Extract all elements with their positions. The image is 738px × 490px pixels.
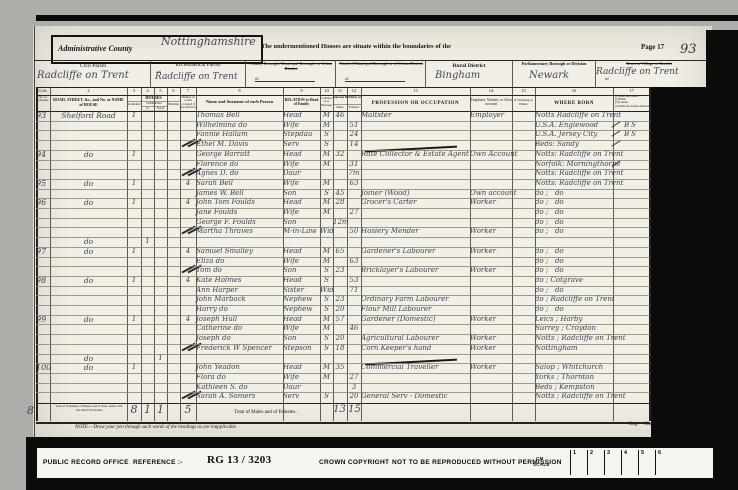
cell-c: S bbox=[320, 130, 333, 138]
cell-n: James W. Bell bbox=[196, 189, 283, 197]
cell-e: Worker bbox=[470, 363, 512, 371]
cell-c: M bbox=[320, 257, 333, 265]
table-row: Ethel M. DavisServS14Beds: Sandy bbox=[33, 140, 650, 150]
cell-n: Florence do bbox=[196, 160, 283, 168]
cell-c: S bbox=[320, 266, 333, 274]
cell-wb: do ; do bbox=[535, 247, 613, 255]
cell-af: 24 bbox=[347, 130, 361, 138]
cell-re: Wife bbox=[283, 160, 320, 168]
col-infirmity: (1) Deaf and Dumb (2) Blind (3) Lunatic … bbox=[613, 95, 652, 109]
grid-line bbox=[36, 363, 650, 364]
cell-i: 1 bbox=[127, 179, 141, 187]
infirmity-line: (4) Imbecile, feeble-minded bbox=[615, 105, 652, 108]
table-row: Martha ThravesM-in-LawWid50Hosiery Mende… bbox=[33, 227, 650, 237]
cell-n: John Yeadon bbox=[196, 363, 283, 371]
cell-wb: Beds: Sandy bbox=[535, 140, 613, 148]
cell-wb: do ; do bbox=[535, 208, 613, 216]
cell-i: 1 bbox=[127, 198, 141, 206]
cell-c: M bbox=[320, 160, 333, 168]
cell-re: Son bbox=[283, 334, 320, 342]
pro-office: PUBLIC RECORD OFFICE bbox=[43, 459, 129, 466]
table-row: 94do1George BarrattHeadM32Rate Collector… bbox=[33, 150, 650, 160]
cell-o: Joiner (Wood) bbox=[361, 189, 470, 197]
cell-c: S bbox=[320, 344, 333, 352]
totals-label: Total of Schedules of Houses and of Tene… bbox=[53, 405, 125, 412]
column-number: 14 bbox=[470, 88, 512, 93]
col-profession: PROFESSION OR OCCUPATION bbox=[361, 101, 470, 107]
admin-county-value: Nottinghamshire bbox=[161, 35, 256, 48]
table-row: Jane FouldsWifeM27do ; do bbox=[33, 208, 650, 218]
cell-o: Gardener (Domestic) bbox=[361, 315, 470, 323]
col-name: Name and Surname of each Person bbox=[196, 99, 283, 104]
grid-line bbox=[36, 383, 650, 384]
grid-line bbox=[180, 87, 181, 421]
grid-line bbox=[36, 160, 650, 161]
grid-line bbox=[320, 87, 321, 421]
county-borough-label: County Borough, Municipal Borough, or Ur… bbox=[249, 62, 333, 72]
cell-af: 46 bbox=[347, 324, 361, 332]
cell-af: 50 bbox=[347, 227, 361, 235]
table-row: Eliza doWifeM63do ; do bbox=[33, 257, 650, 267]
cell-af: 20 bbox=[347, 392, 361, 400]
col-inhabited: In-habited bbox=[127, 103, 141, 107]
cell-o: Commercial Traveller bbox=[361, 363, 470, 371]
grid-line bbox=[36, 150, 650, 151]
grid-line bbox=[36, 354, 650, 355]
cell-af: 7m bbox=[347, 169, 361, 177]
cell-s: 96 bbox=[36, 198, 50, 207]
cell-re: Head bbox=[283, 247, 320, 255]
grid-line bbox=[36, 227, 650, 228]
margin-schedule-total: 8 bbox=[27, 404, 34, 417]
pro-scale-label-2: SCALE bbox=[533, 462, 550, 467]
cell-am: 46 bbox=[333, 111, 347, 119]
cell-af: 53 bbox=[347, 276, 361, 284]
divider bbox=[150, 60, 151, 87]
table-row: 98do14Kate HolmesHeadS53do ; Cotgrave bbox=[33, 276, 650, 286]
cell-n: Joseph do bbox=[196, 334, 283, 342]
cell-e: Worker bbox=[470, 198, 512, 206]
column-number: 2 bbox=[50, 88, 127, 93]
cm-scale-box: 3 bbox=[604, 450, 622, 475]
cell-n: John Tom Foulds bbox=[196, 198, 283, 206]
cell-n: Catherine do bbox=[196, 324, 283, 332]
grid-line bbox=[36, 276, 650, 277]
cell-re: Serv bbox=[283, 392, 320, 400]
cell-wb: Yorks ; Thornton bbox=[535, 373, 613, 381]
cell-am: 23 bbox=[333, 295, 347, 303]
pro-reference-label: REFERENCE :- bbox=[133, 459, 183, 466]
cell-r: do bbox=[50, 150, 127, 159]
cell-re: Wife bbox=[283, 179, 320, 187]
cell-am: 28 bbox=[333, 198, 347, 206]
cell-wb: Notts: Radcliffe on Trent bbox=[535, 150, 613, 158]
cell-af: 31 bbox=[347, 160, 361, 168]
cell-re: Wife bbox=[283, 257, 320, 265]
column-number: 4 bbox=[141, 88, 154, 93]
grid-line bbox=[36, 169, 650, 170]
cell-am: 45 bbox=[333, 189, 347, 197]
table-row: George F. FouldsSon12mdo ; do bbox=[33, 218, 650, 228]
table-row: do1 bbox=[33, 237, 650, 247]
grid-line bbox=[36, 95, 650, 96]
cell-e: Worker bbox=[470, 266, 512, 274]
cell-re: Wife bbox=[283, 324, 320, 332]
cell-am: 20 bbox=[333, 305, 347, 313]
cell-rm: 4 bbox=[180, 276, 196, 284]
cell-o: Maltster bbox=[361, 111, 470, 119]
cell-s: 100 bbox=[36, 363, 50, 372]
cell-rm: 4 bbox=[180, 315, 196, 323]
cell-n: Jane Foulds bbox=[196, 208, 283, 216]
cell-af: 63 bbox=[347, 257, 361, 265]
grid-line bbox=[283, 87, 284, 421]
cell-c: M bbox=[320, 208, 333, 216]
cell-o: Hosiery Mender bbox=[361, 227, 470, 235]
table-row: Sarah A. SomersServS20General Serv - Dom… bbox=[33, 392, 650, 402]
grid-line bbox=[196, 87, 197, 421]
cell-am: 65 bbox=[333, 247, 347, 255]
grid-line bbox=[361, 87, 362, 421]
grid-line bbox=[36, 266, 650, 267]
grid-line bbox=[36, 403, 650, 404]
cell-am: 20 bbox=[333, 334, 347, 342]
grid-line bbox=[613, 87, 614, 421]
grid-line bbox=[167, 87, 168, 421]
cell-wb: Leics ; Harby bbox=[535, 315, 613, 323]
cell-af: 51 bbox=[347, 121, 361, 129]
divider bbox=[245, 60, 246, 87]
cell-n: Tom do bbox=[196, 266, 283, 274]
cell-af: 63 bbox=[347, 179, 361, 187]
folio-number: 93 bbox=[680, 42, 697, 57]
cell-wb: Norfolk: Morningthorpe bbox=[535, 160, 613, 168]
cell-re: Head bbox=[283, 315, 320, 323]
grid-line bbox=[36, 305, 650, 306]
col-road: ROAD, STREET, &c., and No. or NAME of HO… bbox=[52, 98, 125, 107]
column-number: 16 bbox=[535, 88, 613, 93]
col-where-born: WHERE BORN bbox=[535, 101, 613, 107]
pro-reference-number: RG 13 / 3203 bbox=[207, 454, 271, 466]
table-row: Agnes D. doDaur7mNotts: Radcliffe on Tre… bbox=[33, 169, 650, 179]
cell-i: 1 bbox=[127, 247, 141, 255]
rural-district-label: Rural District bbox=[429, 63, 509, 69]
cell-wb: do ; do bbox=[535, 266, 613, 274]
cell-re: Head bbox=[283, 198, 320, 206]
table-row: Joseph doSonS20Agricultural LabourerWork… bbox=[33, 334, 650, 344]
grid-line bbox=[36, 344, 650, 345]
town-village-value: Radcliffe on Trent bbox=[596, 67, 679, 77]
cell-o: Ordinary Farm Labourer bbox=[361, 295, 470, 303]
eccl-parish-label: Ecclesiastical Parish bbox=[153, 62, 243, 68]
county-borough-of: of bbox=[255, 76, 315, 82]
cell-wb: Notts: Radcliffe on Trent bbox=[535, 179, 613, 187]
cell-wb: do ; do bbox=[535, 305, 613, 313]
grid-line bbox=[36, 392, 650, 393]
cell-c: M bbox=[320, 247, 333, 255]
cell-e: Own account bbox=[470, 189, 512, 197]
cell-re: Head bbox=[283, 150, 320, 158]
grid-line bbox=[36, 373, 650, 374]
table-row: Florence doWifeM31Norfolk: Morningthorpe bbox=[33, 160, 650, 170]
cell-r: do bbox=[50, 363, 127, 372]
table-row: 99do14Joseph HullHeadM57Gardener (Domest… bbox=[33, 315, 650, 325]
divider bbox=[425, 60, 426, 87]
cell-c: S bbox=[320, 305, 333, 313]
cell-uo: 1 bbox=[141, 237, 154, 245]
cell-n: George F. Foulds bbox=[196, 218, 283, 226]
cell-i: 1 bbox=[127, 363, 141, 371]
cell-wb: Beds ; Kempston bbox=[535, 383, 613, 391]
cell-c: Wid bbox=[320, 286, 333, 294]
cell-c: M bbox=[320, 324, 333, 332]
cell-c: M bbox=[320, 121, 333, 129]
cell-n: Samuel Smalley bbox=[196, 247, 283, 255]
grid-line bbox=[154, 87, 155, 421]
cell-i: 1 bbox=[127, 276, 141, 284]
footnote: NOTE.—Draw your pen through such words o… bbox=[75, 425, 237, 430]
parl-borough-label: Parliamentary Borough or Division bbox=[516, 62, 592, 67]
column-number: 7 bbox=[180, 88, 196, 93]
table-row: Harry doNephewS20Flour Mill Labourerdo ;… bbox=[33, 305, 650, 315]
table-row: 95do14Sarah BellWifeM63Notts: Radcliffe … bbox=[33, 179, 650, 189]
cell-rm: 4 bbox=[180, 247, 196, 255]
cell-wb: do ; do bbox=[535, 227, 613, 235]
cell-am: 12m bbox=[333, 218, 347, 226]
cell-c: M bbox=[320, 179, 333, 187]
cell-wb: do ; do bbox=[535, 257, 613, 265]
cell-wb: do ; Radcliffe on Trent bbox=[535, 295, 613, 303]
cell-re: Son bbox=[283, 189, 320, 197]
cell-r: Shelford Road bbox=[50, 111, 127, 120]
total-females: 15 bbox=[347, 404, 362, 415]
cell-re: Serv bbox=[283, 140, 320, 148]
grid-line bbox=[36, 247, 650, 248]
grid-line bbox=[36, 111, 650, 112]
cell-r: do bbox=[50, 354, 127, 363]
cell-n: Sarah A. Somers bbox=[196, 392, 283, 400]
grid-line bbox=[36, 286, 650, 287]
column-number: 15 bbox=[512, 88, 535, 93]
cell-n: Fannie Hallam bbox=[196, 130, 283, 138]
cell-e: Worker bbox=[470, 334, 512, 342]
column-number: 12 bbox=[347, 88, 361, 93]
table-row: 93Shelford Road1Thomas BellHeadM46Maltst… bbox=[33, 111, 650, 121]
table-row: Wilhelmina doWifeM51U.S.A. EnglewoodBS bbox=[33, 121, 650, 131]
table-row: Fannie HallamStepdauS24U.S.A. Jersey Cit… bbox=[33, 130, 650, 140]
grid-line bbox=[535, 87, 536, 421]
table-row: Catherine doWifeM46Surrey ; Croydon bbox=[33, 324, 650, 334]
cell-wb: Notts Radcliffe on Trent bbox=[535, 111, 613, 119]
cell-i: 1 bbox=[127, 111, 141, 119]
cell-wb: U.S.A. Englewood bbox=[535, 121, 613, 129]
cell-wb: U.S.A. Jersey City bbox=[535, 130, 613, 138]
cell-af: 71 bbox=[347, 286, 361, 294]
cell-n: Kathleen S. do bbox=[196, 383, 283, 391]
cell-i: 1 bbox=[127, 150, 141, 158]
cell-af: 14 bbox=[347, 140, 361, 148]
table-row: Tom doSonS23Bricklayer's LabourerWorkerd… bbox=[33, 266, 650, 276]
cell-re: Sister bbox=[283, 286, 320, 294]
grid-line bbox=[470, 87, 471, 421]
cell-n: Eliza do bbox=[196, 257, 283, 265]
cell-re: Stepdau bbox=[283, 130, 320, 138]
cell-e: Worker bbox=[470, 344, 512, 352]
scan-top-bar bbox=[36, 15, 738, 21]
cell-am: 35 bbox=[333, 363, 347, 371]
cell-re: Stepson bbox=[283, 344, 320, 352]
grid-line bbox=[333, 87, 334, 421]
cell-am: 57 bbox=[333, 315, 347, 323]
grid-line bbox=[36, 140, 650, 141]
column-number: 9 bbox=[283, 88, 320, 93]
total-males: 13 bbox=[332, 404, 347, 415]
cell-r: do bbox=[50, 315, 127, 324]
cell-re: Head bbox=[283, 363, 320, 371]
col-males: Males bbox=[333, 106, 347, 109]
cell-i: 1 bbox=[127, 315, 141, 323]
cell-re: Head bbox=[283, 276, 320, 284]
cell-af: 27 bbox=[347, 208, 361, 216]
cell-n: Joseph Hull bbox=[196, 315, 283, 323]
cell-re: Nephew bbox=[283, 295, 320, 303]
table-row: Flora doWifeM27Yorks ; Thornton bbox=[33, 373, 650, 383]
cell-s: 95 bbox=[36, 179, 50, 188]
grid-line bbox=[127, 87, 128, 421]
cell-c: M bbox=[320, 373, 333, 381]
table-row: James W. BellSonS45Joiner (Wood)Own acco… bbox=[33, 189, 650, 199]
pro-scale-label-1: CM bbox=[536, 456, 544, 461]
table-row: 97do14Samuel SmalleyHeadM65Gardener's La… bbox=[33, 247, 650, 257]
cell-n: Agnes D. do bbox=[196, 169, 283, 177]
cell-re: M-in-Law bbox=[283, 227, 320, 235]
page-number: Page 17 bbox=[641, 43, 664, 51]
cell-re: Daur bbox=[283, 169, 320, 177]
cm-scale-box: 1 bbox=[570, 450, 588, 475]
cell-n: Kate Holmes bbox=[196, 276, 283, 284]
col-schedule: No. of Schedule bbox=[36, 96, 50, 103]
table-row: 96do14John Tom FouldsHeadM28Grocer's Car… bbox=[33, 198, 650, 208]
cell-r: do bbox=[50, 276, 127, 285]
total-rooms: 5 bbox=[180, 403, 196, 416]
cell-e: Worker bbox=[470, 315, 512, 323]
cell-wb: Salop ; Whitchurch bbox=[535, 363, 613, 371]
cell-n: Frederick W Spencer bbox=[196, 344, 283, 352]
grid-line bbox=[36, 87, 650, 88]
cell-r: do bbox=[50, 179, 127, 188]
cell-re: Daur bbox=[283, 383, 320, 391]
grid-line bbox=[36, 324, 650, 325]
table-row: Ann HarperSisterWid71do ; do bbox=[33, 286, 650, 296]
ward-label: Ward of Municipal Borough or of Urban Di… bbox=[339, 62, 423, 67]
cell-c: S bbox=[320, 276, 333, 284]
cm-scale-box: 2 bbox=[587, 450, 605, 475]
cell-o: Agricultural Labourer bbox=[361, 334, 470, 342]
col-relation: RELATION to Head of Family bbox=[283, 98, 320, 107]
cell-wb: Notts ; Radcliffe on Trent bbox=[535, 392, 613, 400]
col-building: Building bbox=[167, 103, 180, 107]
totals-males-females-label: Total of Males and of Females.. bbox=[201, 410, 331, 415]
table-row: 100do1John YeadonHeadM35Commercial Trave… bbox=[33, 363, 650, 373]
cell-o: General Serv - Domestic bbox=[361, 392, 470, 400]
col-home: If Working at Home bbox=[512, 98, 535, 106]
column-number: 5 bbox=[154, 88, 167, 93]
grid-line bbox=[36, 189, 650, 190]
cell-wb: do ; do bbox=[535, 218, 613, 226]
col-condition: Condition as to Marriage bbox=[320, 97, 333, 107]
divider bbox=[512, 60, 513, 87]
parl-borough-value: Newark bbox=[529, 70, 569, 81]
cell-wb: Surrey ; Croydon bbox=[535, 324, 613, 332]
cell-o: Flour Mill Labourer bbox=[361, 305, 470, 313]
total-not-in-occupation: 1 bbox=[154, 403, 167, 416]
column-number: Cols. bbox=[36, 88, 50, 93]
cell-n: Martha Thraves bbox=[196, 227, 283, 235]
cell-n: Ann Harper bbox=[196, 286, 283, 294]
cell-o: Bricklayer's Labourer bbox=[361, 266, 470, 274]
column-number: 17 bbox=[613, 88, 650, 93]
grid-line bbox=[36, 315, 650, 316]
cell-re: Wife bbox=[283, 373, 320, 381]
grid-line bbox=[36, 295, 650, 296]
cell-rm: 4 bbox=[180, 198, 196, 206]
column-number: 10 bbox=[320, 88, 333, 93]
cell-af: 27 bbox=[347, 373, 361, 381]
grid-line bbox=[36, 208, 650, 209]
grid-line bbox=[36, 257, 650, 258]
cell-wb: do ; Cotgrave bbox=[535, 276, 613, 284]
grid-line bbox=[141, 87, 142, 421]
admin-county-label: Administrative County bbox=[58, 44, 132, 53]
table-row: do1 bbox=[33, 354, 650, 364]
cell-c: M bbox=[320, 198, 333, 206]
cell-c: S bbox=[320, 140, 333, 148]
cell-am: 23 bbox=[333, 266, 347, 274]
cell-e: Worker bbox=[470, 247, 512, 255]
column-number: 8 bbox=[196, 88, 283, 93]
pro-dash: - bbox=[383, 459, 385, 466]
col-employer: Employer, Worker, or Own account bbox=[470, 98, 512, 107]
undermentioned-text: The undermentioned Houses are situate wi… bbox=[261, 43, 561, 50]
cm-scale-box: 4 bbox=[621, 450, 639, 475]
cell-re: Nephew bbox=[283, 305, 320, 313]
cell-re: Head bbox=[283, 111, 320, 119]
civil-parish-label: Civil Parish bbox=[38, 63, 148, 69]
cell-o: Corn Keeper's hand bbox=[361, 344, 470, 352]
cell-re: Wife bbox=[283, 121, 320, 129]
cell-s: 99 bbox=[36, 315, 50, 324]
census-scan-page: Administrative County Nottinghamshire Th… bbox=[0, 0, 738, 490]
grid-line bbox=[36, 198, 650, 199]
pro-reference-strip: PUBLIC RECORD OFFICE REFERENCE :- RG 13 … bbox=[36, 447, 714, 479]
table-row: Kathleen S. doDaur3Beds ; Kempston bbox=[33, 383, 650, 393]
civil-parish-value: Radcliffe on Trent bbox=[37, 70, 129, 81]
cell-n: Harry do bbox=[196, 305, 283, 313]
col-females: Females bbox=[347, 106, 361, 109]
scan-void bbox=[706, 30, 738, 90]
cell-e: Employer bbox=[470, 111, 512, 119]
cell-c: S bbox=[320, 334, 333, 342]
table-row: John MarbackNephewS23Ordinary Farm Labou… bbox=[33, 295, 650, 305]
cell-e: Own Account bbox=[470, 150, 512, 158]
column-number: 3 bbox=[127, 88, 141, 93]
cell-un: 1 bbox=[154, 354, 167, 362]
cell-c: M bbox=[320, 363, 333, 371]
census-form: Administrative County Nottinghamshire Th… bbox=[33, 26, 712, 437]
cell-s: 98 bbox=[36, 276, 50, 285]
cell-am: 32 bbox=[333, 150, 347, 158]
cell-wb: Notts: Radcliffe on Trent bbox=[535, 169, 613, 177]
